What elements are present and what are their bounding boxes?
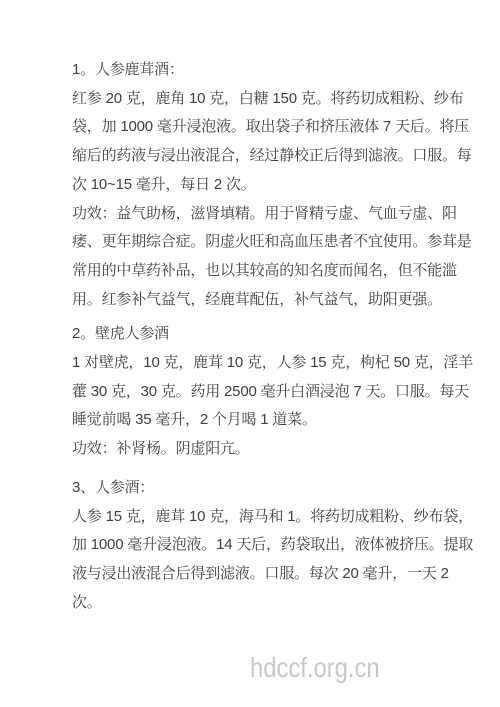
text-line: 缩后的药液与浸出液混合，经过静校正后得到滤液。口服。每: [72, 142, 440, 171]
text-line: 加 1000 毫升浸泡液。14 天后，药袋取出，液体被挤压。提取: [72, 531, 440, 560]
text-line: 袋，加 1000 毫升浸泡液。取出袋子和挤压液体 7 天后。将压: [72, 113, 440, 142]
text-line: 红参 20 克，鹿角 10 克，白糖 150 克。将药切成粗粉、纱布: [72, 85, 440, 114]
watermark: hdccf.org.cn: [250, 652, 380, 684]
text-line: 功效：益气助杨，滋肾填精。用于肾精亏虚、气血亏虚、阳: [72, 200, 440, 229]
text-line: 1 对壁虎，10 克，鹿茸 10 克，人参 15 克，枸杞 50 克，淫羊: [72, 349, 440, 378]
recipe-section-2: 2。壁虎人参酒 1 对壁虎，10 克，鹿茸 10 克，人参 15 克，枸杞 50…: [72, 320, 440, 464]
recipe-section-3: 3、人参酒： 人参 15 克，鹿茸 10 克，海马和 1。将药切成粗粉、纱布袋，…: [72, 474, 440, 618]
text-line: 用。红参补气益气，经鹿茸配伍，补气益气，助阳更强。: [72, 286, 440, 315]
text-line: 液与浸出液混合后得到滤液。口服。每次 20 毫升，一天 2: [72, 560, 440, 589]
text-line: 人参 15 克，鹿茸 10 克，海马和 1。将药切成粗粉、纱布袋，: [72, 503, 440, 532]
recipe-1-heading: 1。人参鹿茸酒：: [72, 56, 440, 85]
text-line: 藿 30 克，30 克。药用 2500 毫升白酒浸泡 7 天。口服。每天: [72, 378, 440, 407]
text-line: 痿、更年期综合症。阴虚火旺和高血压患者不宜使用。参茸是: [72, 228, 440, 257]
recipe-2-heading: 2。壁虎人参酒: [72, 320, 440, 349]
text-line: 次。: [72, 589, 440, 618]
text-line: 次 10~15 毫升，每日 2 次。: [72, 171, 440, 200]
recipe-3-heading: 3、人参酒：: [72, 474, 440, 503]
recipe-section-1: 1。人参鹿茸酒： 红参 20 克，鹿角 10 克，白糖 150 克。将药切成粗粉…: [72, 56, 440, 314]
text-line: 常用的中草药补品，也以其较高的知名度而闻名，但不能滥: [72, 257, 440, 286]
text-line: 功效：补肾杨。阴虚阳亢。: [72, 435, 440, 464]
text-line: 睡觉前喝 35 毫升，2 个月喝 1 道菜。: [72, 406, 440, 435]
document-page: 1。人参鹿茸酒： 红参 20 克，鹿角 10 克，白糖 150 克。将药切成粗粉…: [72, 56, 440, 617]
